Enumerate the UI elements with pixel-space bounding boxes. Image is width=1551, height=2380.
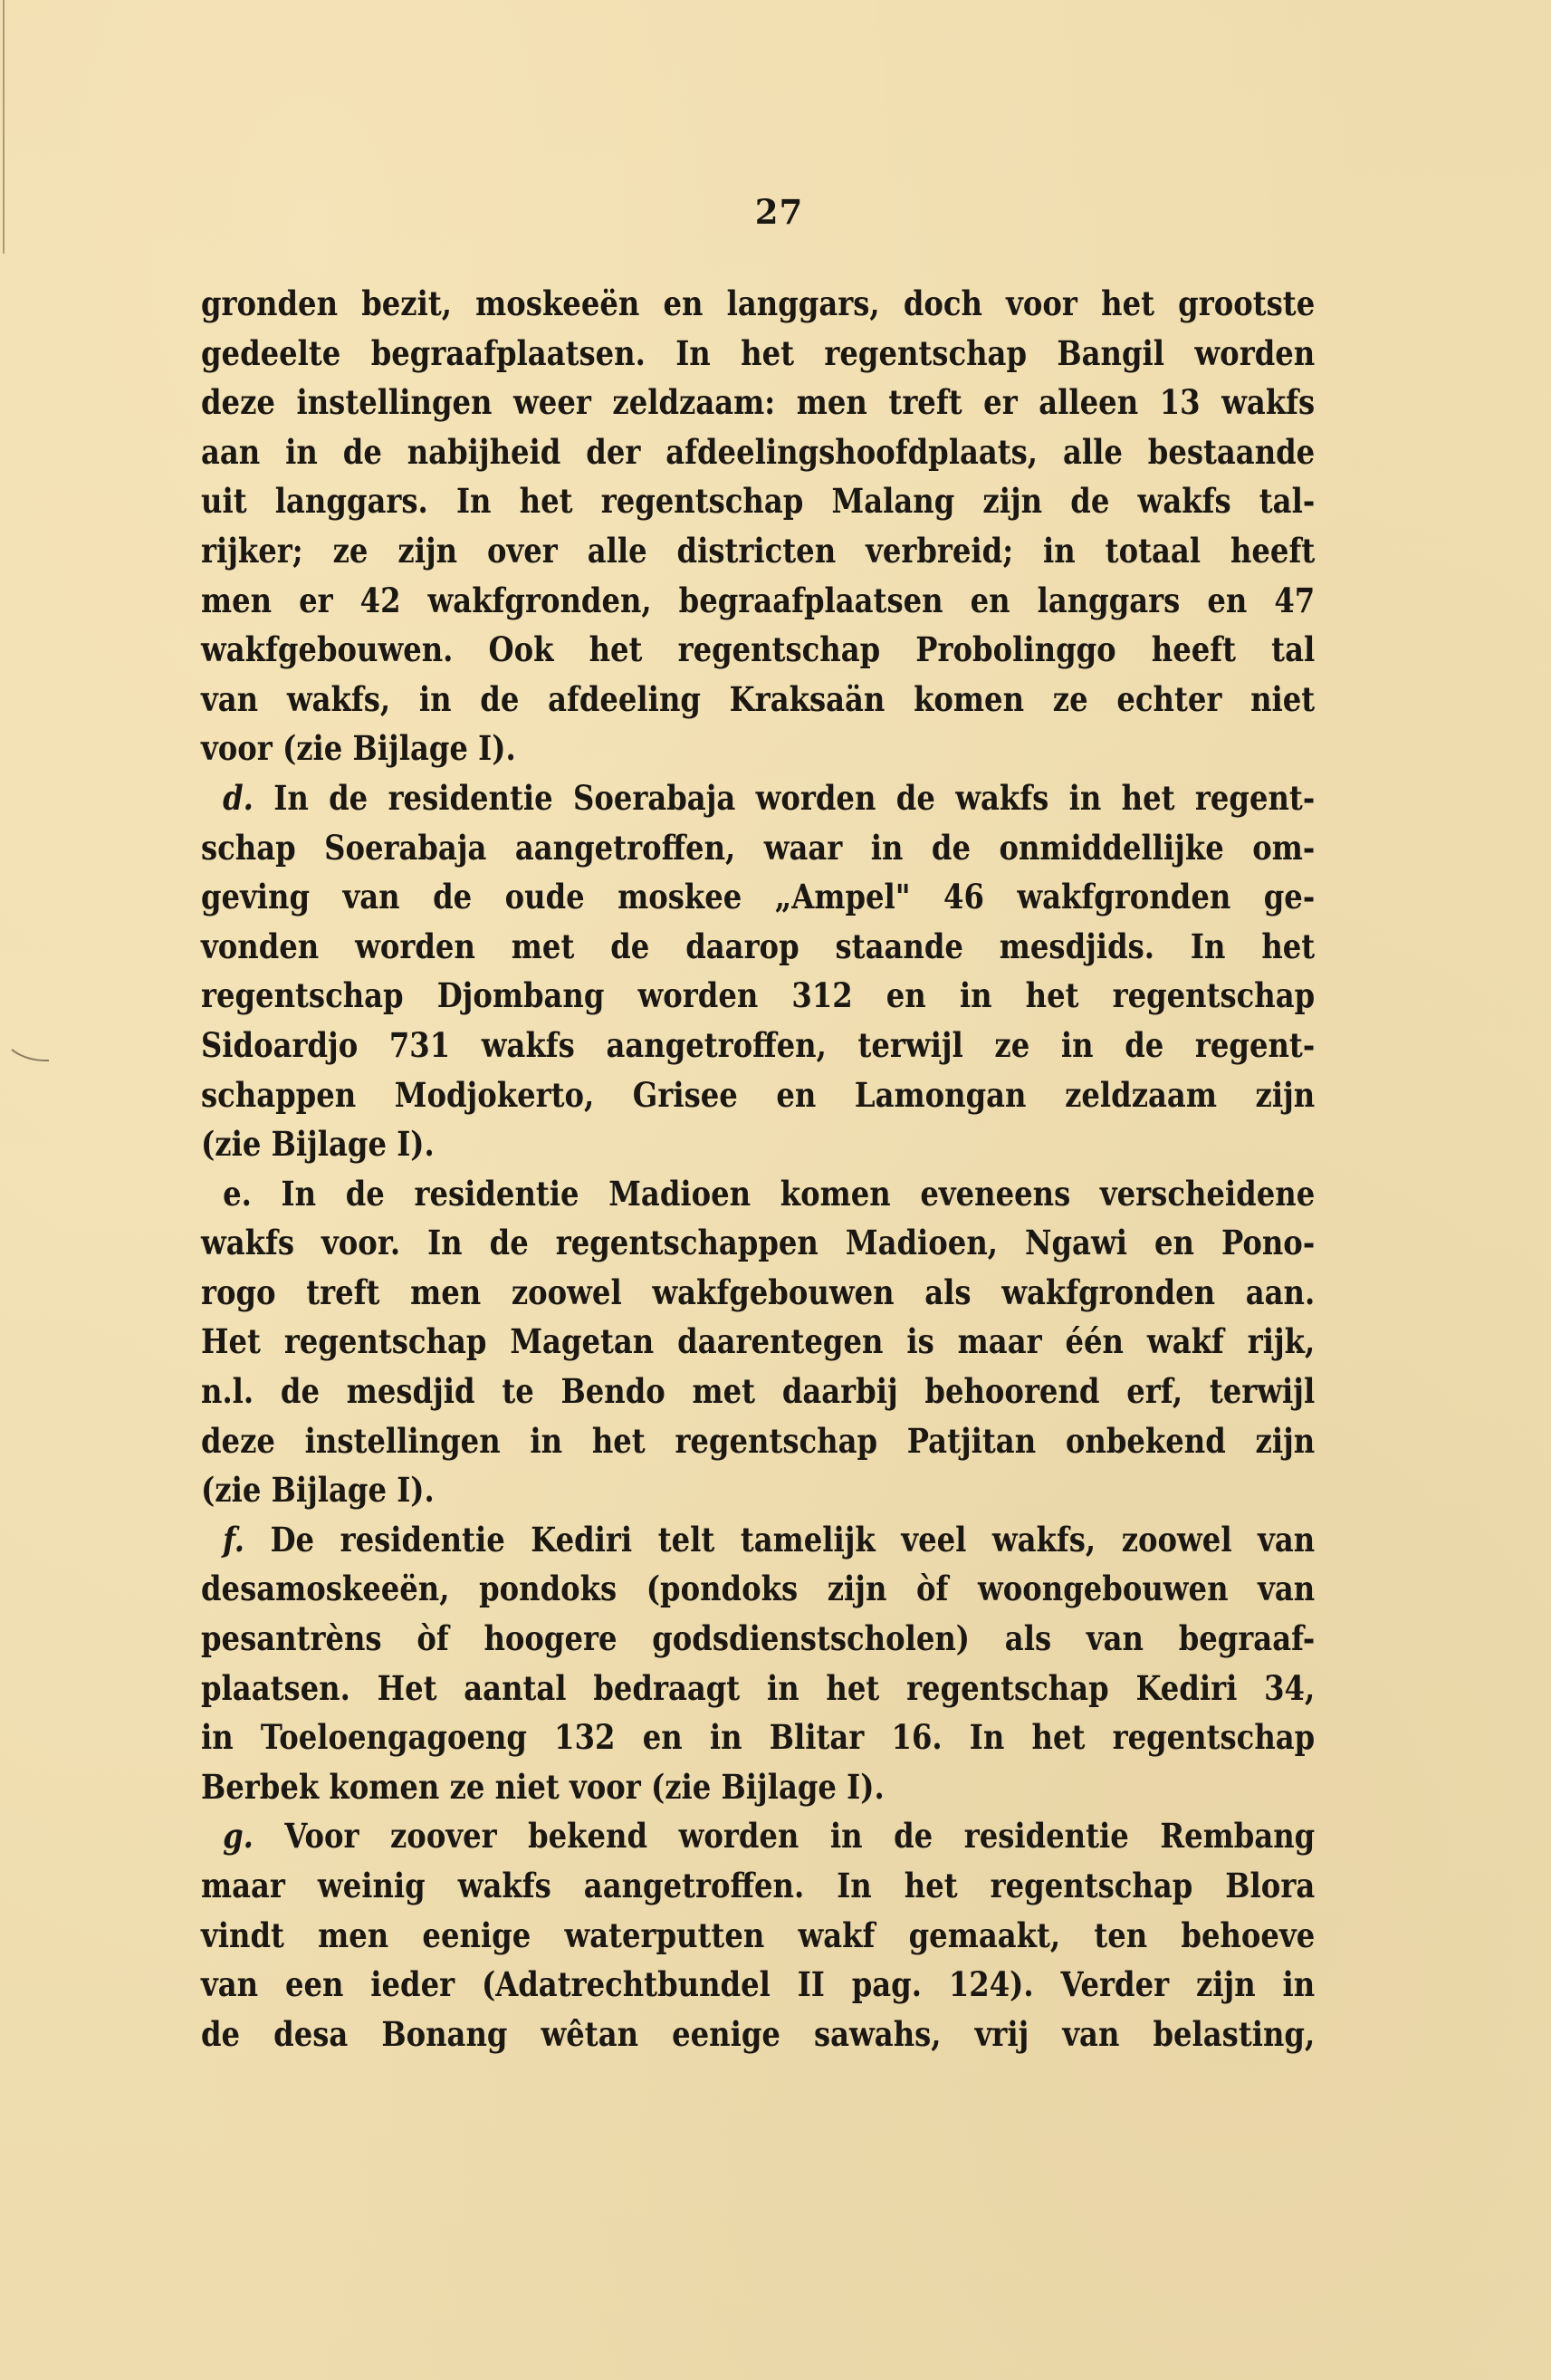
- text-line: voor (zie Bijlage I).: [201, 724, 1315, 773]
- text-line: desamoskeeën, pondoks (pondoks zijn òf w…: [201, 1564, 1315, 1614]
- text-line: schappen Modjokerto, Grisee en Lamongan …: [201, 1070, 1315, 1120]
- text-line: rogo treft men zoowel wakfgebouwen als w…: [201, 1268, 1315, 1318]
- text-line: van wakfs, in de afdeeling Kraksaän kome…: [201, 675, 1315, 725]
- text-line: Het regentschap Magetan daarentegen is m…: [201, 1317, 1315, 1367]
- text-line: geving van de oude moskee „Ampel" 46 wak…: [201, 872, 1315, 922]
- text-line: uit langgars. In het regentschap Malang …: [201, 476, 1315, 526]
- paragraph-f-start: f. De residentie Kediri telt tamelijk ve…: [201, 1515, 1315, 1565]
- text-line: In de residentie Madioen komen eveneens …: [282, 1174, 1316, 1214]
- text-line: regentschap Djombang worden 312 en in he…: [201, 971, 1315, 1021]
- text-line: Sidoardjo 731 wakfs aangetroffen, terwij…: [201, 1021, 1315, 1070]
- text-line: rijker; ze zijn over alle districten ver…: [201, 526, 1315, 576]
- text-line: gronden bezit, moskeeën en langgars, doc…: [201, 279, 1315, 329]
- text-line: gedeelte begraafplaatsen. In het regents…: [201, 329, 1315, 379]
- text-line: In de residentie Soerabaja worden de wak…: [273, 778, 1315, 818]
- text-line: van een ieder (Adatrechtbundel II pag. 1…: [201, 1960, 1315, 2010]
- text-line: vonden worden met de daarop staande mesd…: [201, 922, 1315, 972]
- pencil-mark: [0, 1023, 49, 1061]
- text-line: de desa Bonang wêtan eenige sawahs, vrij…: [201, 2010, 1315, 2059]
- paragraph-d-start: d. In de residentie Soerabaja worden de …: [201, 773, 1315, 823]
- text-line: deze instellingen in het regentschap Pat…: [201, 1416, 1315, 1466]
- text-line: Berbek komen ze niet voor (zie Bijlage I…: [201, 1762, 1315, 1812]
- paragraph-e-start: e. In de residentie Madioen komen evenee…: [201, 1169, 1315, 1219]
- text-line: aan in de nabijheid der afdeelingshoofdp…: [201, 427, 1315, 477]
- text-line: wakfgebouwen. Ook het regentschap Probol…: [201, 625, 1315, 675]
- text-line: plaatsen. Het aantal bedraagt in het reg…: [201, 1664, 1315, 1713]
- body-text: gronden bezit, moskeeën en langgars, doc…: [201, 279, 1315, 2059]
- section-marker-d: d.: [223, 778, 254, 818]
- text-line: De residentie Kediri telt tamelijk veel …: [271, 1520, 1316, 1559]
- text-line: men er 42 wakfgronden, begraafplaatsen e…: [201, 576, 1315, 626]
- text-line: in Toeloengagoeng 132 en in Blitar 16. I…: [201, 1713, 1315, 1762]
- section-marker-f: f.: [223, 1520, 244, 1559]
- text-line: n.l. de mesdjid te Bendo met daarbij beh…: [201, 1367, 1315, 1416]
- paragraph-g-start: g. Voor zoover bekend worden in de resid…: [201, 1811, 1315, 1861]
- text-line: (zie Bijlage I).: [201, 1119, 1315, 1169]
- text-line: deze instellingen weer zeldzaam: men tre…: [201, 378, 1315, 427]
- text-line: Voor zoover bekend worden in de resident…: [284, 1816, 1315, 1856]
- section-marker-e: e.: [223, 1174, 252, 1214]
- text-line: maar weinig wakfs aangetroffen. In het r…: [201, 1861, 1315, 1911]
- text-line: wakfs voor. In de regentschappen Madioen…: [201, 1218, 1315, 1268]
- section-marker-g: g.: [223, 1816, 254, 1856]
- text-line: schap Soerabaja aangetroffen, waar in de…: [201, 823, 1315, 873]
- text-line: vindt men eenige waterputten wakf gemaak…: [201, 1911, 1315, 1961]
- text-line: pesantrèns òf hoogere godsdienstscholen)…: [201, 1614, 1315, 1664]
- page-number: 27: [0, 192, 1551, 232]
- text-line: (zie Bijlage I).: [201, 1465, 1315, 1515]
